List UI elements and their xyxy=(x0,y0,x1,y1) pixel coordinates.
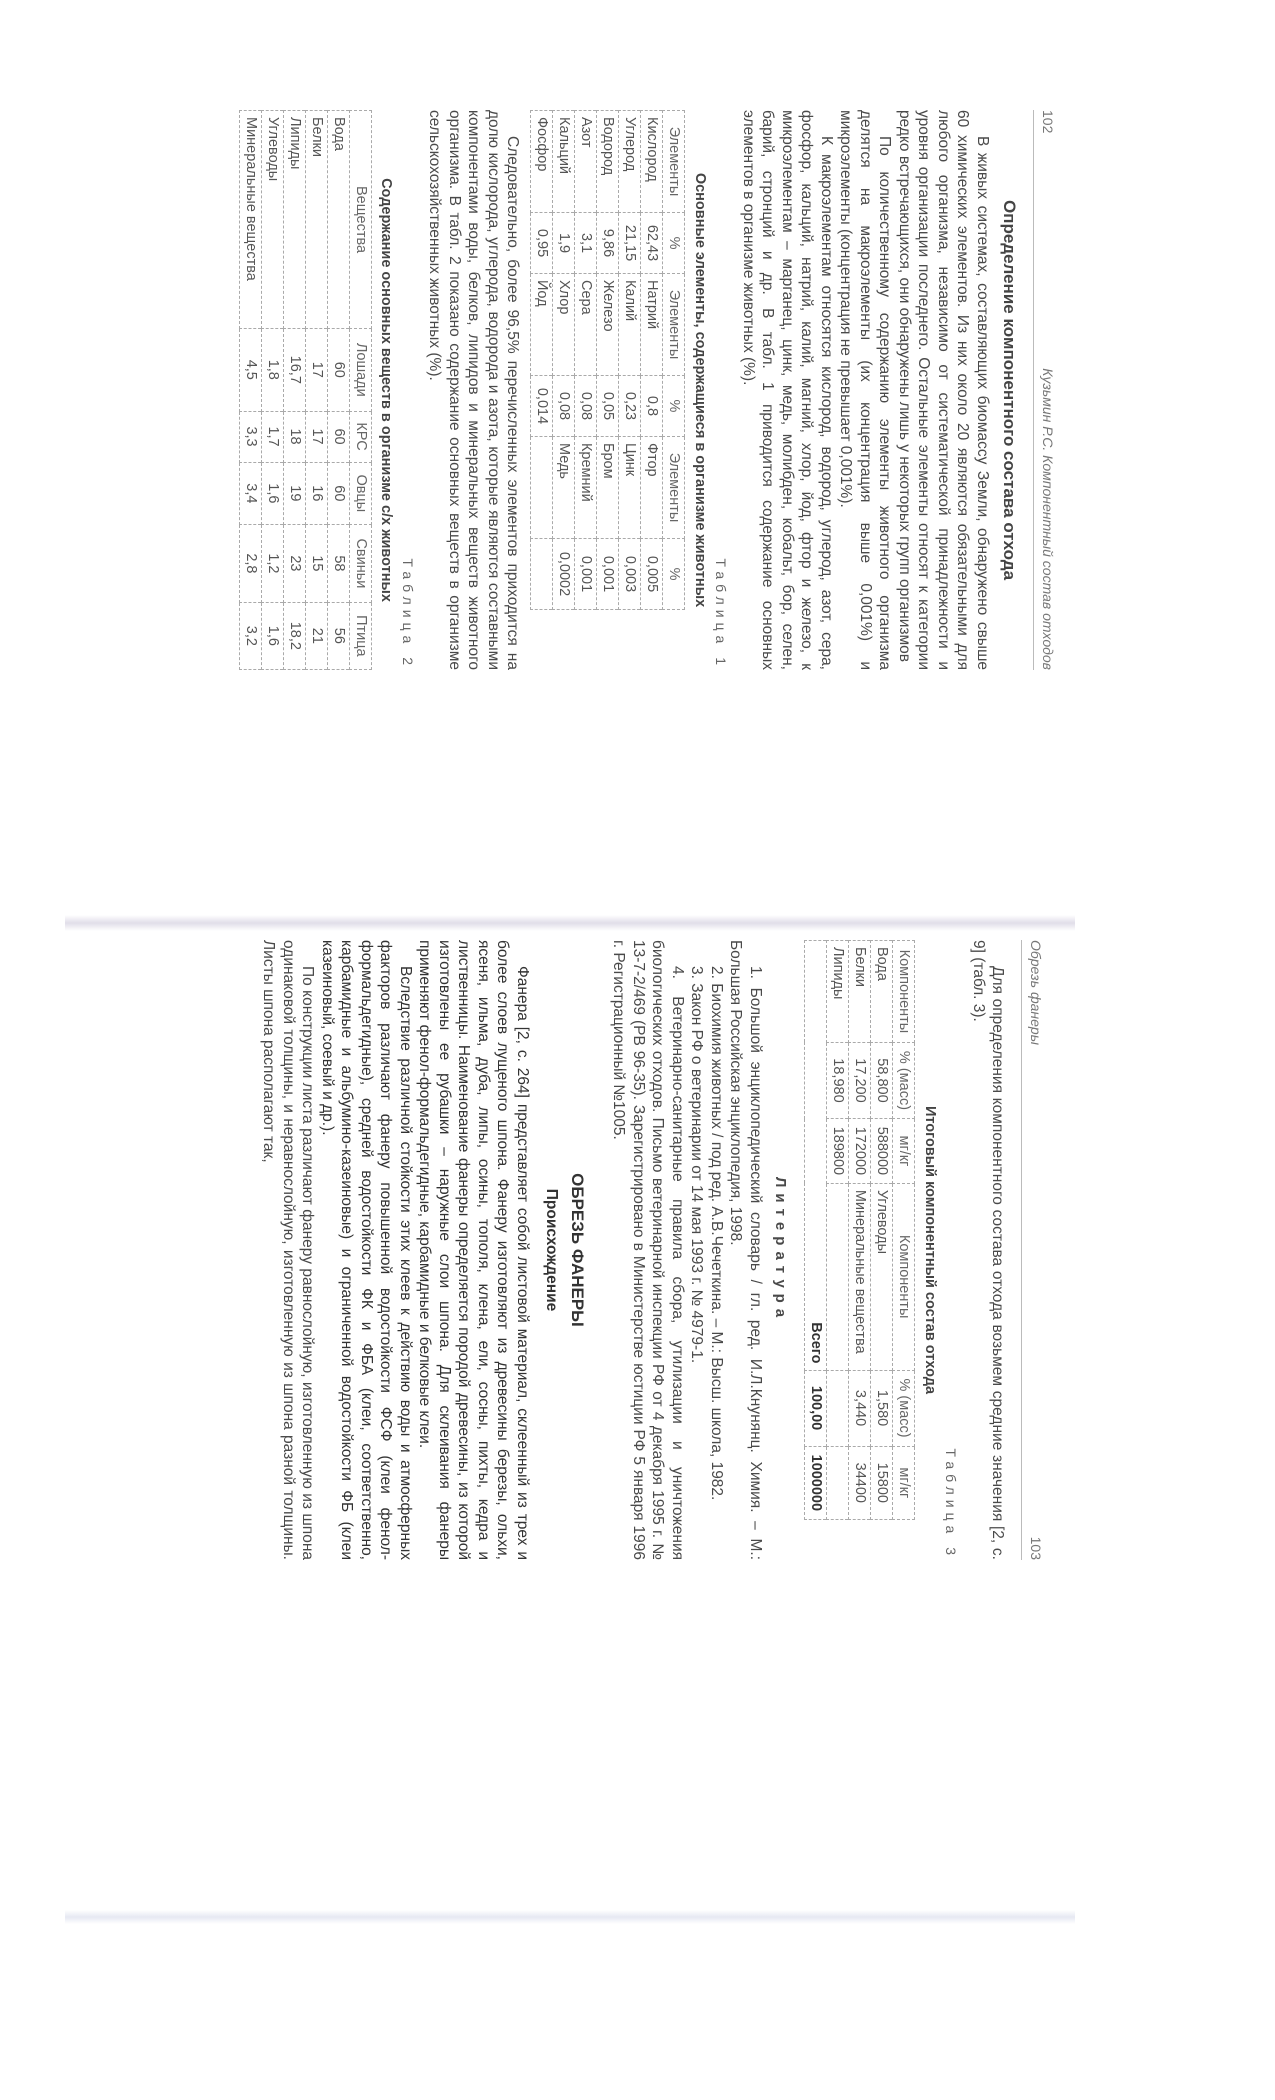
total-row: Всего 100,00 1000000 xyxy=(805,941,827,1520)
table-cell-value: 2,8 xyxy=(240,525,262,603)
table-cell-name: Липиды xyxy=(827,941,849,1043)
table-cell-name: Сера xyxy=(575,273,597,375)
table-cell-value: 0,08 xyxy=(575,376,597,437)
table-cell-name: Йод xyxy=(531,273,553,375)
table-cell-value: 23 xyxy=(284,525,306,603)
column-header: % xyxy=(663,376,685,437)
table-cell-value: 588000 xyxy=(871,1119,893,1184)
column-header: Свиньи xyxy=(350,525,372,603)
column-header: % xyxy=(663,213,685,274)
table-cell-value: 0,001 xyxy=(575,539,597,610)
table-cell-value: 3,1 xyxy=(575,213,597,274)
paragraph: По количественному содержанию элементы ж… xyxy=(836,110,895,670)
running-head-title: Обрезь фанеры xyxy=(1026,940,1046,1045)
table-cell-name: Белки xyxy=(849,941,871,1043)
table-header-row: Вещества Лошади КРС Овцы Свиньи Птица xyxy=(350,111,372,670)
column-header: Элементы xyxy=(663,273,685,375)
table2-caption: Содержание основных веществ в организме … xyxy=(376,110,396,670)
table-cell-value: 21,15 xyxy=(619,213,641,274)
reference-item: 2. Биохимия животных / под ред. А.В.Чече… xyxy=(707,940,727,1560)
table-cell-name xyxy=(531,539,553,610)
table-cell-value: 3,4 xyxy=(240,462,262,525)
paragraph: В живых системах, составляющих биомассу … xyxy=(895,110,993,670)
table-cell-name: Калий xyxy=(619,273,641,375)
column-header: Компоненты xyxy=(893,1183,915,1370)
table-cell-name: Водород xyxy=(597,111,619,213)
column-header: % xyxy=(663,539,685,610)
table-row: Водород9,86Железо0,05Бром0,001 xyxy=(597,111,619,610)
table-cell-value: 18 xyxy=(284,411,306,462)
column-header: Компоненты xyxy=(893,941,915,1043)
column-header: Птица xyxy=(350,602,372,669)
table-cell-name: Натрий xyxy=(641,273,663,375)
table-cell-value: 15 xyxy=(306,525,328,603)
table-cell-name: Бром xyxy=(597,436,619,538)
table-cell-value: 60 xyxy=(328,411,350,462)
page-number: 102 xyxy=(1038,110,1058,133)
table-cell-name: Фосфор xyxy=(531,111,553,213)
table-cell-name: Железо xyxy=(597,273,619,375)
table-cell-value: 1,6 xyxy=(262,462,284,525)
table-body: Кислород62,43Натрий0,8Фтор0,005Углерод21… xyxy=(531,111,663,610)
table-row: Кислород62,43Натрий0,8Фтор0,005 xyxy=(641,111,663,610)
table-cell-value: 1,7 xyxy=(262,411,284,462)
table-cell-value: 58 xyxy=(328,525,350,603)
total-mg-kg: 1000000 xyxy=(805,1446,827,1519)
table-cell-value: 34400 xyxy=(849,1446,871,1519)
reference-item: 3. Закон РФ о ветеринарии от 14 мая 1993… xyxy=(687,940,707,1560)
table-cell-name: Кислород xyxy=(641,111,663,213)
table-row: Вода58,800588000Углеводы1,58015800 xyxy=(871,941,893,1520)
column-header: КРС xyxy=(350,411,372,462)
table-cell-name xyxy=(827,1446,849,1519)
table-cell-name: Минеральные вещества xyxy=(849,1183,871,1370)
table-cell-value: 4,5 xyxy=(240,329,262,411)
table-cell-name: Медь xyxy=(553,436,575,538)
table-body: Вода58,800588000Углеводы1,58015800Белки1… xyxy=(827,941,893,1520)
table-cell-value: 9,86 xyxy=(597,213,619,274)
table-cell-value: 0,005 xyxy=(641,539,663,610)
table-row: Белки17,200172000Минеральные вещества3,4… xyxy=(849,941,871,1520)
table3-caption: Итоговый компонентный состав отхода xyxy=(920,940,940,1560)
table2-label: Таблица 2 xyxy=(398,110,418,670)
total-label: Всего xyxy=(805,941,827,1371)
table-cell-value: 60 xyxy=(328,329,350,411)
table-cell-value: 58,800 xyxy=(871,1042,893,1118)
table-cell-name: Вода xyxy=(328,111,350,329)
column-header: Вещества xyxy=(350,111,372,329)
total-percent: 100,00 xyxy=(805,1370,827,1446)
table-body: Вода6060605856Белки1717161521Липиды16,71… xyxy=(240,111,350,670)
table-cell-value: 0,23 xyxy=(619,376,641,437)
table-cell-value: 0,08 xyxy=(553,376,575,437)
table-cell-value: 15800 xyxy=(871,1446,893,1519)
column-header: Элементы xyxy=(663,436,685,538)
table-cell-name: Липиды xyxy=(284,111,306,329)
table-cell-value: 3,3 xyxy=(240,411,262,462)
references-title: Литература xyxy=(771,940,791,1560)
table-cell-value: 0,014 xyxy=(531,376,553,437)
waste-composition-table: Компоненты % (масс) мг/кг Компоненты % (… xyxy=(805,940,916,1520)
column-header: мг/кг xyxy=(893,1446,915,1519)
column-header: Овцы xyxy=(350,462,372,525)
table-row: Углерод21,15Калий0,23Цинк0,003 xyxy=(619,111,641,610)
table-row: Липиды16,718192318,2 xyxy=(284,111,306,670)
table-cell-name: Вода xyxy=(871,941,893,1043)
table-cell-name: Углерод xyxy=(619,111,641,213)
table-cell-value: 0,05 xyxy=(597,376,619,437)
chapter-title: ОБРЕЗЬ ФАНЕРЫ xyxy=(568,940,588,1560)
table-cell-value: 19 xyxy=(284,462,306,525)
column-header: % (масс) xyxy=(893,1370,915,1446)
paragraph: Следовательно, более 96,5% перечисленных… xyxy=(425,110,523,670)
table-cell-value: 189800 xyxy=(827,1119,849,1184)
table-cell-value: 18,980 xyxy=(827,1042,849,1118)
section-title: Определение компонентного состава отхода xyxy=(1000,110,1020,670)
references-list: 1. Большой энциклопедический словарь / г… xyxy=(609,940,765,1780)
page-edge-shadow xyxy=(65,1910,1075,1924)
table-cell-value: 18,2 xyxy=(284,602,306,669)
table-cell-name: Углеводы xyxy=(871,1183,893,1370)
table-cell-value: 62,43 xyxy=(641,213,663,274)
table-cell-value: 1,580 xyxy=(871,1370,893,1446)
table-cell-value: 60 xyxy=(328,462,350,525)
table-cell-name: Фтор xyxy=(641,436,663,538)
table-cell-value: 21 xyxy=(306,602,328,669)
book-spread: 102 Кузьмин Р.С. Компонентный состав отх… xyxy=(0,0,1275,2100)
table-cell-value: 0,003 xyxy=(619,539,641,610)
table-cell-value: 17 xyxy=(306,411,328,462)
table-cell-value: 1,2 xyxy=(262,525,284,603)
table1-caption: Основные элементы, содержащиеся в органи… xyxy=(690,110,710,670)
table-header-row: Компоненты % (масс) мг/кг Компоненты % (… xyxy=(893,941,915,1520)
paragraph: По конструкции листа различают фанеру ра… xyxy=(259,940,318,1560)
column-header: Лошади xyxy=(350,329,372,411)
subchapter-title: Происхождение xyxy=(542,940,562,1560)
page-gutter-shadow xyxy=(65,915,1075,931)
substances-table: Вещества Лошади КРС Овцы Свиньи Птица Во… xyxy=(239,110,372,670)
table-cell-value: 1,6 xyxy=(262,602,284,669)
table-cell-value: 1,9 xyxy=(553,213,575,274)
table-row: Минеральные вещества4,53,33,42,83,2 xyxy=(240,111,262,670)
table-row: Азот3,1Сера0,08Кремний0,001 xyxy=(575,111,597,610)
table-cell-name: Углеводы xyxy=(262,111,284,329)
table-cell-value: 1,8 xyxy=(262,329,284,411)
table-row: Кальций1,9Хлор0,08Медь0,0002 xyxy=(553,111,575,610)
table-cell-value: 16 xyxy=(306,462,328,525)
table1-label: Таблица 1 xyxy=(711,110,731,670)
table-cell-value: 172000 xyxy=(849,1119,871,1184)
table-cell-name: Кремний xyxy=(575,436,597,538)
table-cell-name xyxy=(827,1370,849,1446)
table-cell-value: 0,0002 xyxy=(553,539,575,610)
table-cell-value: 16,7 xyxy=(284,329,306,411)
table-cell-name: Цинк xyxy=(619,436,641,538)
table-cell-value: 17,200 xyxy=(849,1042,871,1118)
reference-item: 4. Ветеринарно-санитарные правила сбора,… xyxy=(609,940,687,1560)
table-cell-name: Минеральные вещества xyxy=(240,111,262,329)
table-cell-name: Кальций xyxy=(553,111,575,213)
elements-table: Элементы % Элементы % Элементы % Кислоро… xyxy=(531,110,686,610)
table-row: Липиды18,980189800 xyxy=(827,941,849,1520)
table-cell-value: 0,8 xyxy=(641,376,663,437)
table-header-row: Элементы % Элементы % Элементы % xyxy=(663,111,685,610)
table-cell-name: Азот xyxy=(575,111,597,213)
page-number: 103 xyxy=(1026,1537,1046,1560)
paragraph: Фанера [2, с. 264] представляет собой ли… xyxy=(415,940,532,1560)
left-running-head: 102 Кузьмин Р.С. Компонентный состав отх… xyxy=(1034,110,1058,670)
running-head-title: Кузьмин Р.С. Компонентный состав отходов xyxy=(1038,368,1058,670)
table-cell-name xyxy=(827,1183,849,1370)
column-header: мг/кг xyxy=(893,1119,915,1184)
right-running-head: Обрезь фанеры 103 xyxy=(1022,940,1046,1560)
table-cell-value: 3,440 xyxy=(849,1370,871,1446)
table-cell-name: Белки xyxy=(306,111,328,329)
table-cell-value: 0,001 xyxy=(597,539,619,610)
reference-item: 1. Большой энциклопедический словарь / г… xyxy=(726,940,765,1560)
table-row: Углеводы1,81,71,61,21,6 xyxy=(262,111,284,670)
column-header: Элементы xyxy=(663,111,685,213)
table-row: Белки1717161521 xyxy=(306,111,328,670)
table-cell-name: Хлор xyxy=(553,273,575,375)
table-cell-value: 0,95 xyxy=(531,213,553,274)
table-cell-value: 3,2 xyxy=(240,602,262,669)
column-header: % (масс) xyxy=(893,1042,915,1118)
table-cell-name xyxy=(531,436,553,538)
table-row: Вода6060605856 xyxy=(328,111,350,670)
table-cell-value: 17 xyxy=(306,329,328,411)
paragraph: Для определения компонентного состава от… xyxy=(969,940,1008,1560)
right-page: Обрезь фанеры 103 Для определения компон… xyxy=(0,940,1275,1780)
paragraph: К макроэлементам относятся кислород, вод… xyxy=(739,110,837,670)
left-page: 102 Кузьмин Р.С. Компонентный состав отх… xyxy=(0,110,1275,910)
table3-label: Таблица 3 xyxy=(941,940,961,1560)
table-cell-value: 56 xyxy=(328,602,350,669)
paragraph: Вследствие различной стойкости этих клее… xyxy=(318,940,416,1560)
table-row: Фосфор0,95Йод0,014 xyxy=(531,111,553,610)
